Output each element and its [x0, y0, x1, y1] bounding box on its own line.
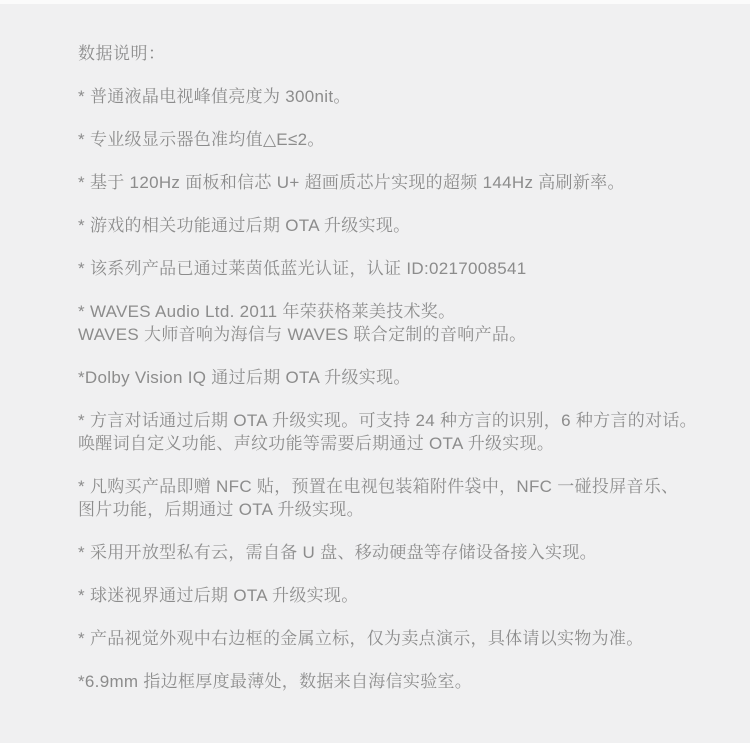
note-line: * 球迷视界通过后期 OTA 升级实现。	[78, 584, 692, 607]
note-paragraph: * 基于 120Hz 面板和信芯 U+ 超画质芯片实现的超频 144Hz 高刷新…	[78, 171, 692, 194]
note-paragraph: * 专业级显示器色准均值△E≤2。	[78, 128, 692, 151]
note-paragraph: * 产品视觉外观中右边框的金属立标，仅为卖点演示，具体请以实物为准。	[78, 627, 692, 650]
note-line: * 凡购买产品即赠 NFC 贴，预置在电视包装箱附件袋中，NFC 一碰投屏音乐、	[78, 475, 692, 498]
note-line: * 游戏的相关功能通过后期 OTA 升级实现。	[78, 214, 692, 237]
note-line: *Dolby Vision IQ 通过后期 OTA 升级实现。	[78, 366, 692, 389]
note-line: * 基于 120Hz 面板和信芯 U+ 超画质芯片实现的超频 144Hz 高刷新…	[78, 171, 692, 194]
note-paragraph: * 球迷视界通过后期 OTA 升级实现。	[78, 584, 692, 607]
note-paragraph: *6.9mm 指边框厚度最薄处，数据来自海信实验室。	[78, 670, 692, 693]
note-line: * 专业级显示器色准均值△E≤2。	[78, 128, 692, 151]
note-paragraph: * 游戏的相关功能通过后期 OTA 升级实现。	[78, 214, 692, 237]
notes-content: 数据说明： * 普通液晶电视峰值亮度为 300nit。* 专业级显示器色准均值△…	[0, 4, 750, 693]
section-title: 数据说明：	[78, 42, 692, 65]
note-paragraph: * 凡购买产品即赠 NFC 贴，预置在电视包装箱附件袋中，NFC 一碰投屏音乐、…	[78, 475, 692, 521]
note-line: * 产品视觉外观中右边框的金属立标，仅为卖点演示，具体请以实物为准。	[78, 627, 692, 650]
note-line: * 该系列产品已通过莱茵低蓝光认证，认证 ID:0217008541	[78, 257, 692, 280]
note-line: * WAVES Audio Ltd. 2011 年荣获格莱美技术奖。	[78, 300, 692, 323]
note-paragraph: * 该系列产品已通过莱茵低蓝光认证，认证 ID:0217008541	[78, 257, 692, 280]
note-paragraph: *Dolby Vision IQ 通过后期 OTA 升级实现。	[78, 366, 692, 389]
note-line: * 普通液晶电视峰值亮度为 300nit。	[78, 85, 692, 108]
note-line: * 采用开放型私有云，需自备 U 盘、移动硬盘等存储设备接入实现。	[78, 541, 692, 564]
note-paragraph: * WAVES Audio Ltd. 2011 年荣获格莱美技术奖。WAVES …	[78, 300, 692, 346]
note-paragraph: * 方言对话通过后期 OTA 升级实现。可支持 24 种方言的识别，6 种方言的…	[78, 409, 692, 455]
note-line: 唤醒词自定义功能、声纹功能等需要后期通过 OTA 升级实现。	[78, 432, 692, 455]
note-paragraph: * 普通液晶电视峰值亮度为 300nit。	[78, 85, 692, 108]
note-paragraph: * 采用开放型私有云，需自备 U 盘、移动硬盘等存储设备接入实现。	[78, 541, 692, 564]
data-notes-section: 数据说明： * 普通液晶电视峰值亮度为 300nit。* 专业级显示器色准均值△…	[0, 0, 750, 693]
note-line: *6.9mm 指边框厚度最薄处，数据来自海信实验室。	[78, 670, 692, 693]
note-line: * 方言对话通过后期 OTA 升级实现。可支持 24 种方言的识别，6 种方言的…	[78, 409, 692, 432]
notes-list: * 普通液晶电视峰值亮度为 300nit。* 专业级显示器色准均值△E≤2。* …	[78, 85, 692, 693]
note-line: WAVES 大师音响为海信与 WAVES 联合定制的音响产品。	[78, 323, 692, 346]
note-line: 图片功能，后期通过 OTA 升级实现。	[78, 498, 692, 521]
